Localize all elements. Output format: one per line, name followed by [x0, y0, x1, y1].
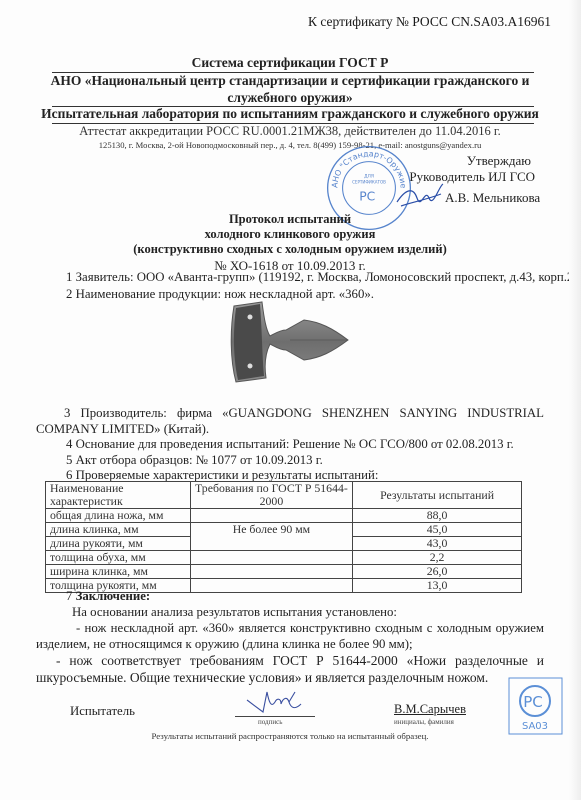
- requirement-merged: Не более 90 мм: [190, 523, 352, 551]
- accreditation-line: Аттестат аккредитации РОСС RU.0001.21МЖ3…: [40, 124, 540, 139]
- table-row: общая длина ножа, мм 88,0: [46, 509, 522, 523]
- requirement-empty: [190, 551, 352, 565]
- pct-logo: РС: [523, 693, 543, 711]
- signature-caption: подпись: [258, 718, 282, 726]
- tester-role: Испытатель: [70, 704, 135, 719]
- basis-line: 4 Основание для проведения испытаний: Ре…: [66, 437, 514, 452]
- row-result: 2,2: [353, 551, 522, 565]
- requirement-empty: [190, 579, 352, 593]
- pct-mark-stamp: РС SA03: [508, 677, 563, 735]
- table-row: ширина клинка, мм 26,0: [46, 565, 522, 579]
- row-name: длина клинка, мм: [46, 523, 191, 537]
- tester-signature-icon: [245, 688, 305, 716]
- conclusion-point-1: - нож нескладной арт. «360» является кон…: [36, 620, 544, 652]
- sampling-act-line: 5 Акт отбора образцов: № 1077 от 10.09.2…: [66, 453, 323, 468]
- stamp-logo: РС: [359, 189, 375, 203]
- certificate-reference: К сертификату № РОСС CN.SA03.A16961: [308, 14, 551, 30]
- page-edge-shadow: [569, 0, 581, 800]
- header-requirement: Требования по ГОСТ Р 51644-2000: [190, 482, 352, 509]
- conclusion-point-2: - нож соответствует требованиям ГОСТ Р 5…: [36, 652, 544, 686]
- applicant-line: 1 Заявитель: ООО «Аванта-групп» (119192,…: [66, 270, 581, 285]
- knife-photo: [220, 300, 360, 400]
- row-name: общая длина ножа, мм: [46, 509, 191, 523]
- header-characteristic: Наименование характеристик: [46, 482, 191, 509]
- results-table: Наименование характеристик Требования по…: [45, 481, 522, 593]
- row-name: ширина клинка, мм: [46, 565, 191, 579]
- footnote: Результаты испытаний распространяются то…: [40, 731, 540, 741]
- manufacturer-line: 3 Производитель: фирма «GUANGDONG SHENZH…: [36, 405, 544, 437]
- row-result: 26,0: [353, 565, 522, 579]
- system-title: Система сертификации ГОСТ Р: [40, 55, 540, 71]
- table-header-row: Наименование характеристик Требования по…: [46, 482, 522, 509]
- row-result: 43,0: [353, 537, 522, 551]
- header-result: Результаты испытаний: [353, 482, 522, 509]
- conclusion-title: Заключение:: [76, 589, 151, 603]
- tester-name-caption: инициалы, фамилия: [394, 718, 454, 726]
- row-result: 45,0: [353, 523, 522, 537]
- address-line: 125130, г. Москва, 2-ой Новоподмосковный…: [40, 140, 540, 150]
- requirement-empty: [190, 509, 352, 523]
- protocol-subtitle: холодного клинкового оружия: [40, 227, 540, 242]
- organization-name: АНО «Национальный центр стандартизации и…: [40, 72, 540, 106]
- conclusion-number: 7: [66, 589, 72, 603]
- protocol-description: (конструктивно сходных с холодным оружие…: [40, 242, 540, 257]
- approval-label: Утверждаю: [467, 153, 531, 169]
- requirement-empty: [190, 565, 352, 579]
- certificate-page: К сертификату № РОСС CN.SA03.A16961 Сист…: [0, 0, 581, 800]
- conclusion-intro: На основании анализа результатов испытан…: [72, 605, 397, 620]
- approver-signature-icon: [395, 180, 445, 210]
- table-row: длина клинка, мм Не более 90 мм 45,0: [46, 523, 522, 537]
- signature-line: [235, 716, 315, 717]
- stamp-inner-mid: СЕРТИФИКАТОВ: [352, 180, 386, 185]
- row-result: 88,0: [353, 509, 522, 523]
- stamp-inner-top: ДЛЯ: [364, 173, 374, 179]
- row-result: 13,0: [353, 579, 522, 593]
- laboratory-name: Испытательная лаборатория по испытаниям …: [40, 106, 540, 122]
- protocol-title: Протокол испытаний: [40, 212, 540, 227]
- table-row: толщина обуха, мм 2,2: [46, 551, 522, 565]
- approver-name: А.В. Мельникова: [445, 190, 540, 206]
- conclusion-heading: 7 Заключение:: [66, 589, 150, 604]
- tester-name: В.М.Сарычев: [394, 702, 466, 717]
- row-name: длина рукояти, мм: [46, 537, 191, 551]
- row-name: толщина обуха, мм: [46, 551, 191, 565]
